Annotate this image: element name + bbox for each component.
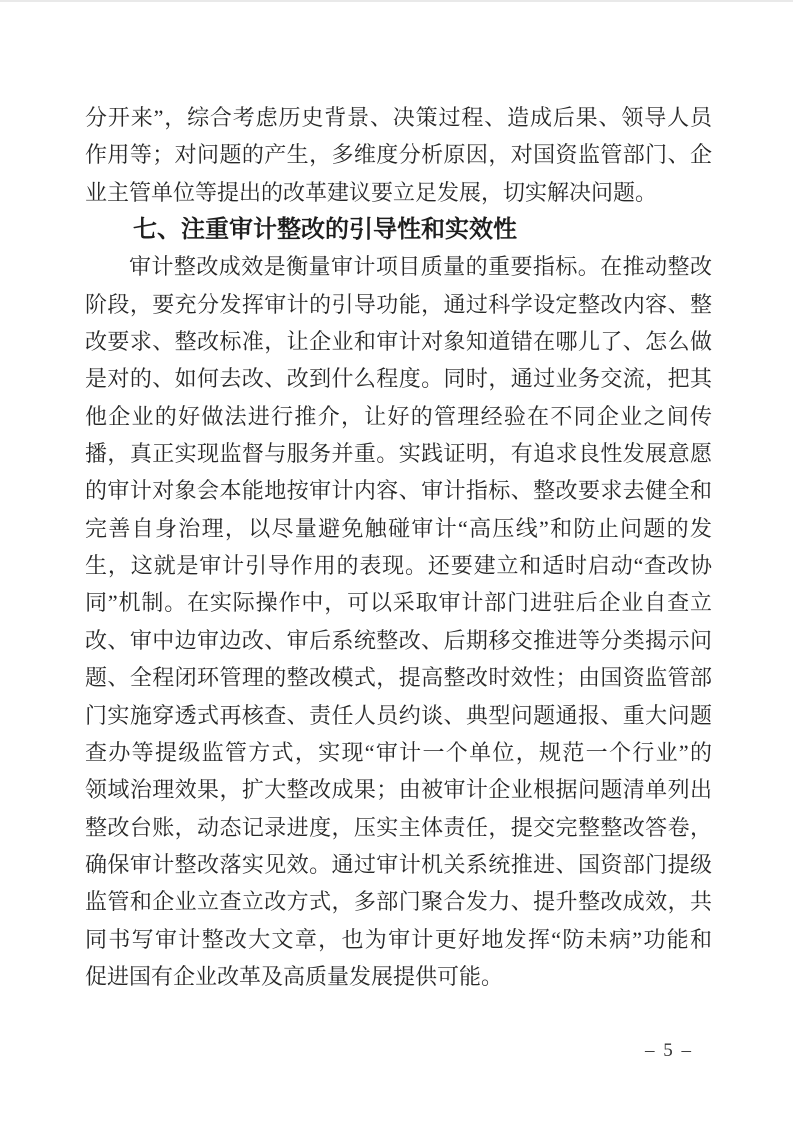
text-line: 阶段，要充分发挥审计的引导功能，通过科学设定整改内容、整 [85, 286, 712, 323]
text-line: 领域治理效果，扩大整改成果；由被审计企业根据问题清单列出 [85, 771, 712, 808]
page-number: – 5 – [645, 1040, 693, 1061]
text-line: 同”机制。在实际操作中，可以采取审计部门进驻后企业自查立 [85, 584, 712, 621]
text-line: 业主管单位等提出的改革建议要立足发展，切实解决问题。 [85, 174, 712, 211]
section-heading: 七、注重审计整改的引导性和实效性 [85, 211, 712, 248]
text-line: 的审计对象会本能地按审计内容、审计指标、整改要求去健全和 [85, 472, 712, 509]
text-line: 监管和企业立查立改方式，多部门聚合发力、提升整改成效，共 [85, 883, 712, 920]
text-line: 确保审计整改落实见效。通过审计机关系统推进、国资部门提级 [85, 846, 712, 883]
text-line: 题、全程闭环管理的整改模式，提高整改时效性；由国资监管部 [85, 659, 712, 696]
text-line: 改要求、整改标准，让企业和审计对象知道错在哪儿了、怎么做 [85, 323, 712, 360]
text-line: 整改台账，动态记录进度，压实主体责任，提交完整整改答卷， [85, 809, 712, 846]
page-footer: – 5 – [0, 1040, 693, 1062]
text-line: 查办等提级监管方式，实现“审计一个单位，规范一个行业”的 [85, 734, 712, 771]
text-line: 他企业的好做法进行推介，让好的管理经验在不同企业之间传 [85, 398, 712, 435]
scan-edge-artifact [0, 0, 793, 2]
document-page: 分开来”，综合考虑历史背景、决策过程、造成后果、领导人员作用等；对问题的产生，多… [0, 0, 793, 1122]
text-line: 改、审中边审边改、审后系统整改、后期移交推进等分类揭示问 [85, 622, 712, 659]
text-line: 同书写审计整改大文章，也为审计更好地发挥“防未病”功能和 [85, 921, 712, 958]
text-line: 分开来”，综合考虑历史背景、决策过程、造成后果、领导人员 [85, 99, 712, 136]
document-body: 分开来”，综合考虑历史背景、决策过程、造成后果、领导人员作用等；对问题的产生，多… [85, 99, 712, 995]
text-line: 门实施穿透式再核查、责任人员约谈、典型问题通报、重大问题 [85, 697, 712, 734]
text-line: 是对的、如何去改、改到什么程度。同时，通过业务交流，把其 [85, 360, 712, 397]
text-line: 完善自身治理，以尽量避免触碰审计“高压线”和防止问题的发 [85, 510, 712, 547]
text-line: 促进国有企业改革及高质量发展提供可能。 [85, 958, 712, 995]
text-line: 审计整改成效是衡量审计项目质量的重要指标。在推动整改 [85, 248, 712, 285]
text-line: 播，真正实现监督与服务并重。实践证明，有追求良性发展意愿 [85, 435, 712, 472]
text-line: 作用等；对问题的产生，多维度分析原因，对国资监管部门、企 [85, 136, 712, 173]
text-line: 生，这就是审计引导作用的表现。还要建立和适时启动“查改协 [85, 547, 712, 584]
